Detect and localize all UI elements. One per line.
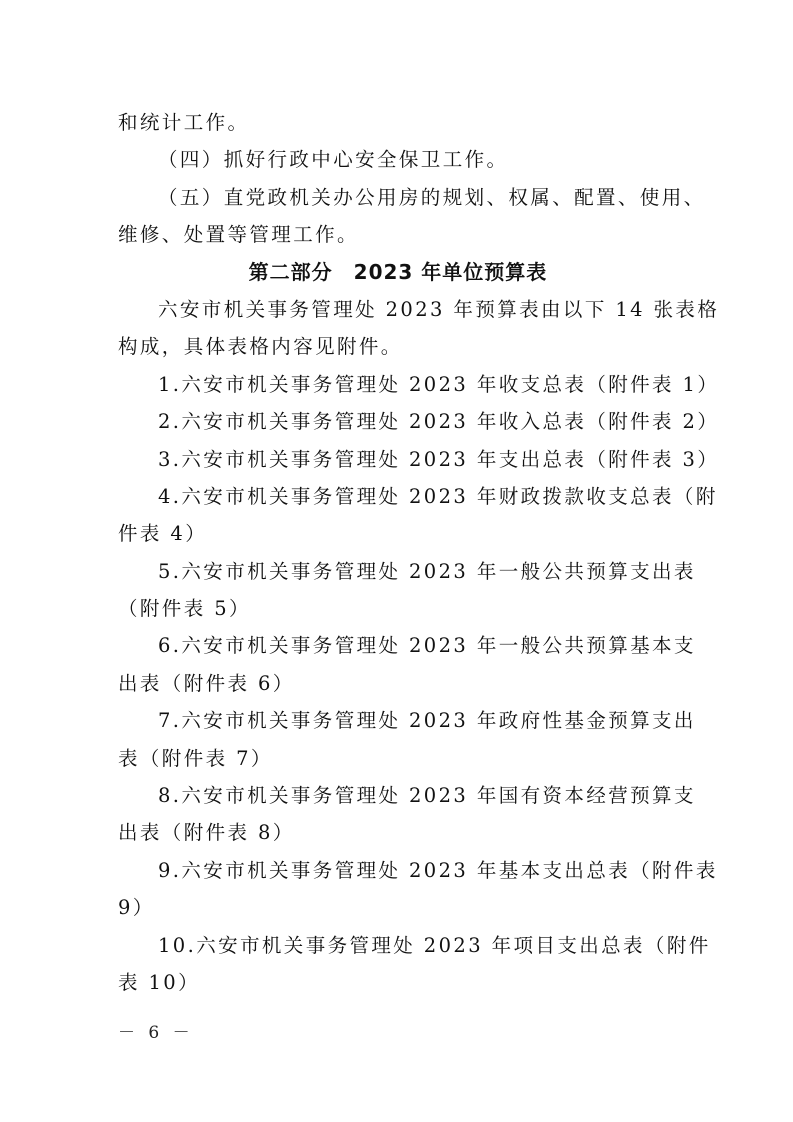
table-list-item-5: 5.六安市机关事务管理处 2023 年一般公共预算支出表	[118, 553, 678, 590]
table-list-item-7: 7.六安市机关事务管理处 2023 年政府性基金预算支出	[118, 702, 678, 739]
duty-item-5: （五）直党政机关办公用房的规划、权属、配置、使用、	[118, 179, 678, 216]
document-page: 和统计工作。 （四）抓好行政中心安全保卫工作。 （五）直党政机关办公用房的规划、…	[0, 0, 793, 1122]
page-number: － 6 －	[118, 1018, 194, 1043]
table-list-item-7-continued: 表（附件表 7）	[118, 740, 678, 777]
table-list-item-5-continued: （附件表 5）	[118, 590, 678, 627]
section-heading: 第二部分 2023 年单位预算表	[118, 254, 678, 291]
table-list-item-6-continued: 出表（附件表 6）	[118, 665, 678, 702]
table-list-item-2: 2.六安市机关事务管理处 2023 年收入总表（附件表 2）	[118, 403, 678, 440]
table-list-item-10: 10.六安市机关事务管理处 2023 年项目支出总表（附件	[118, 927, 678, 964]
paragraph-line: 和统计工作。	[118, 104, 678, 141]
page-body: 和统计工作。 （四）抓好行政中心安全保卫工作。 （五）直党政机关办公用房的规划、…	[118, 104, 678, 1001]
table-list-item-1: 1.六安市机关事务管理处 2023 年收支总表（附件表 1）	[118, 366, 678, 403]
table-list-item-10-continued: 表 10）	[118, 964, 678, 1001]
table-list-item-9: 9.六安市机关事务管理处 2023 年基本支出总表（附件表	[118, 852, 678, 889]
duty-item-5-continued: 维修、处置等管理工作。	[118, 216, 678, 253]
table-list-item-3: 3.六安市机关事务管理处 2023 年支出总表（附件表 3）	[118, 441, 678, 478]
section-intro-line: 构成，具体表格内容见附件。	[118, 328, 678, 365]
table-list-item-6: 6.六安市机关事务管理处 2023 年一般公共预算基本支	[118, 627, 678, 664]
table-list-item-4-continued: 件表 4）	[118, 515, 678, 552]
table-list-item-4: 4.六安市机关事务管理处 2023 年财政拨款收支总表（附	[118, 478, 678, 515]
duty-item-4: （四）抓好行政中心安全保卫工作。	[118, 141, 678, 178]
section-intro-line: 六安市机关事务管理处 2023 年预算表由以下 14 张表格	[118, 291, 678, 328]
table-list-item-8-continued: 出表（附件表 8）	[118, 814, 678, 851]
table-list-item-9-continued: 9）	[118, 889, 678, 926]
table-list-item-8: 8.六安市机关事务管理处 2023 年国有资本经营预算支	[118, 777, 678, 814]
